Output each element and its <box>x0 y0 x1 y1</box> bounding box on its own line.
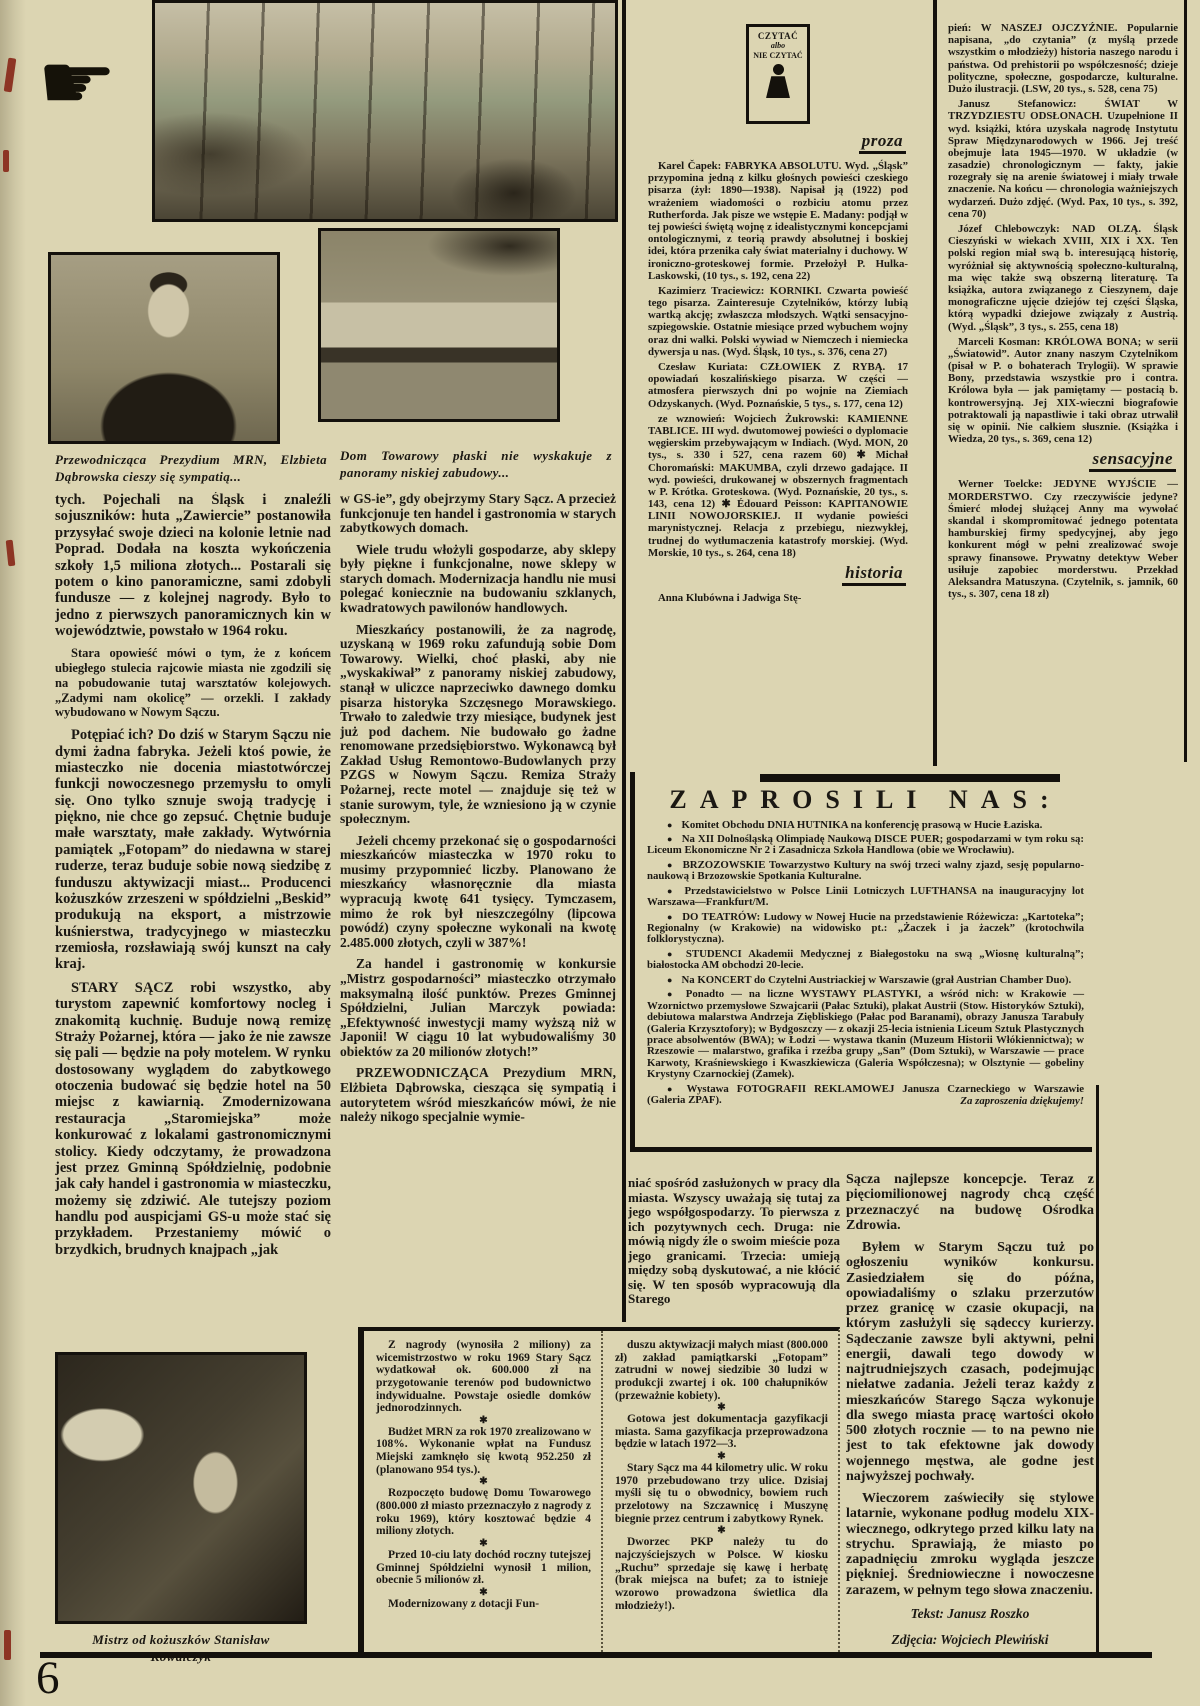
zaprosili-thanks: Za zaproszenia dziękujemy! <box>960 1095 1084 1107</box>
zaprosili-item: ●Na XII Dolnośląską Olimpiadę Naukową DI… <box>647 834 1084 857</box>
bullet-icon: ● <box>647 975 681 985</box>
fact-item: Stary Sącz ma 44 kilometry ulic. W roku … <box>615 1462 828 1525</box>
review-item: Józef Chlebowczyk: NAD OLZĄ. Śląsk Ciesz… <box>948 223 1178 333</box>
photo-craftsman <box>55 1352 307 1624</box>
section-header-sensacyjne: sensacyjne <box>1089 450 1176 472</box>
newspaper-page: ☛ Przewodnicząca Prezydium MRN, Elzbieta… <box>0 0 1200 1706</box>
reader-figure-icon <box>773 64 784 75</box>
credit-text-author: Tekst: Janusz Roszko <box>846 1605 1094 1624</box>
zaprosili-item: ●Na KONCERT do Czytelni Austriackiej w W… <box>647 975 1084 986</box>
fact-item: Modernizowany z dotacji Fun- <box>376 1598 591 1611</box>
logo-text: NIE CZYTAĆ <box>749 51 807 61</box>
zaprosili-item: ●Wystawa FOTOGRAFII REKLAMOWEJ Janusza C… <box>647 1084 1084 1107</box>
review-item: Czesław Kuriata: CZŁOWIEK Z RYBĄ. 17 opo… <box>648 361 908 410</box>
star-separator-icon: ✱ <box>615 1451 828 1462</box>
star-separator-icon: ✱ <box>615 1402 828 1413</box>
article-paragraph: STARY SĄCZ robi wszystko, aby turystom z… <box>55 980 331 1258</box>
review-item: pień: W NASZEJ OJCZYŹNIE. Popularnie nap… <box>948 22 1178 95</box>
read-or-not-logo: CZYTAĆ albo NIE CZYTAĆ <box>746 24 810 124</box>
bullet-icon: ● <box>647 1084 687 1094</box>
zaprosili-item-text: Na KONCERT do Czytelni Austriackiej w Wa… <box>681 974 1071 986</box>
section-header-row: historia <box>648 564 906 586</box>
review-item: Anna Klubówna i Jadwiga Stę- <box>648 592 908 604</box>
fact-item: Z nagrody (wynosiła 2 miliony) za wicemi… <box>376 1339 591 1415</box>
zaprosili-item-text: Komitet Obchodu DNIA HUTNIKA na konferen… <box>681 819 1042 831</box>
star-separator-icon: ✱ <box>376 1538 591 1549</box>
review-item: Karel Čapek: FABRYKA ABSOLUTU. Wyd. „Ślą… <box>648 160 908 282</box>
zaprosili-item-text: Ponadto — na liczne WYSTAWY PLASTYKI, a … <box>647 988 1084 1080</box>
facts-box-column-a: Z nagrody (wynosiła 2 miliony) za wicemi… <box>364 1331 601 1655</box>
star-separator-icon: ✱ <box>376 1415 591 1426</box>
zaprosili-item-text: Na XII Dolnośląską Olimpiadę Naukową DIS… <box>647 833 1084 856</box>
caption-chairwoman: Przewodnicząca Prezydium MRN, Elzbieta D… <box>55 452 327 486</box>
article-column-3: niać spośród zasłużonych w pracy dla mia… <box>628 1176 840 1314</box>
star-separator-icon: ✱ <box>376 1476 591 1487</box>
binding-mark <box>4 1630 11 1660</box>
article-paragraph: Mieszkańcy postanowili, że za nagrodę, u… <box>340 623 616 827</box>
review-item: Werner Toelcke: JEDYNE WYJŚCIE — MORDERS… <box>948 478 1178 600</box>
pointing-hand-icon: ☛ <box>37 44 117 122</box>
article-column-1: tych. Pojechali na Śląsk i znaleźli soju… <box>55 492 331 1348</box>
zaprosili-item: ●Ponadto — na liczne WYSTAWY PLASTYKI, a… <box>647 989 1084 1081</box>
review-item: ze wznowień: Wojciech Żukrowski: KAMIENN… <box>648 413 908 559</box>
reader-figure-icon <box>766 76 790 98</box>
bullet-icon: ● <box>647 886 684 896</box>
article-paragraph: Stara opowieść mówi o tym, że z końcem u… <box>55 646 331 720</box>
article-column-2: w GS-ie”, gdy obejrzymy Stary Sącz. A pr… <box>340 492 616 1310</box>
zaprosili-item: ●DO TEATRÓW: Ludowy w Nowej Hucie na prz… <box>647 912 1084 946</box>
fact-item: duszu aktywizacji małych miast (800.000 … <box>615 1339 828 1402</box>
article-paragraph: PRZEWODNICZĄCA Prezydium MRN, Elżbieta D… <box>340 1066 616 1124</box>
zaprosili-item-text: STUDENCI Akademii Medycznej z Białegosto… <box>647 948 1084 971</box>
caption-craftsman: Mistrz od kożuszków Stanisław Kowalczyk <box>70 1632 292 1666</box>
section-header-proza: proza <box>859 132 906 154</box>
review-item: Janusz Stefanowicz: ŚWIAT W TRZYDZIESTU … <box>948 98 1178 220</box>
column-rule <box>622 0 626 1322</box>
zaprosili-item: ●STUDENCI Akademii Medycznej z Białegost… <box>647 949 1084 972</box>
fact-item: Dworzec PKP należy tu do najczyściejszyc… <box>615 1536 828 1612</box>
article-column-4: Sącza najlepsze koncepcje. Teraz z pięci… <box>846 1172 1094 1654</box>
bottom-rule <box>40 1652 1152 1658</box>
fact-item: Rozpoczęto budowę Domu Towarowego (800.0… <box>376 1487 591 1538</box>
review-item: Kazimierz Traciewicz: KORNIKI. Czwarta p… <box>648 285 908 358</box>
photo-landscape-view <box>152 0 618 222</box>
article-paragraph: tych. Pojechali na Śląsk i znaleźli soju… <box>55 492 331 639</box>
column-rule <box>933 0 937 766</box>
article-paragraph: Wiele trudu włożyli gospodarze, aby skle… <box>340 543 616 616</box>
zaprosili-item: ●Komitet Obchodu DNIA HUTNIKA na konfere… <box>647 820 1084 831</box>
page-edge-rule <box>1184 0 1187 762</box>
zaprosili-nas-box: ZAPROSILI NAS: ●Komitet Obchodu DNIA HUT… <box>630 772 1092 1152</box>
article-paragraph: Jeżeli chcemy przekonać się o gospodarno… <box>340 834 616 951</box>
section-header-row: proza <box>648 132 906 154</box>
fact-item: Budżet MRN za rok 1970 zrealizowano w 10… <box>376 1426 591 1477</box>
zaprosili-item-text: BRZOZOWSKIE Towarzystwo Kultury na swój … <box>647 859 1084 882</box>
zaprosili-item-text: Przedstawicielstwo w Polsce Linii Lotnic… <box>647 885 1084 908</box>
reviews-column-middle: CZYTAĆ albo NIE CZYTAĆ proza Karel Čapek… <box>648 22 908 770</box>
section-header-historia: historia <box>842 564 906 586</box>
article-paragraph: Wieczorem zaświeciły się stylowe latarni… <box>846 1491 1094 1598</box>
article-paragraph: Potępiać ich? Do dziś w Starym Sączu nie… <box>55 727 331 973</box>
bullet-icon: ● <box>647 912 682 922</box>
star-separator-icon: ✱ <box>615 1525 828 1536</box>
zaprosili-title: ZAPROSILI NAS: <box>647 784 1084 817</box>
article-paragraph: Za handel i gastronomię w konkursie „Mis… <box>340 957 616 1059</box>
review-item: Marceli Kosman: KRÓLOWA BONA; w serii „Ś… <box>948 336 1178 446</box>
facts-box: Z nagrody (wynosiła 2 miliony) za wicemi… <box>358 1327 840 1655</box>
page-binding-edge <box>0 0 26 1706</box>
binding-mark <box>3 150 9 172</box>
facts-box-column-b: duszu aktywizacji małych miast (800.000 … <box>601 1331 838 1655</box>
zaprosili-item: ●Przedstawicielstwo w Polsce Linii Lotni… <box>647 886 1084 909</box>
decorative-bar <box>760 774 1060 782</box>
caption-store: Dom Towarowy płaski nie wyskakuje z pano… <box>340 448 612 482</box>
logo-text: albo <box>749 42 807 51</box>
bullet-icon: ● <box>647 860 683 870</box>
article-paragraph: w GS-ie”, gdy obejrzymy Stary Sącz. A pr… <box>340 492 616 536</box>
article-paragraph: Byłem w Starym Sączu tuż po ogłoszeniu w… <box>846 1240 1094 1484</box>
zaprosili-item: ●BRZOZOWSKIE Towarzystwo Kultury na swój… <box>647 860 1084 883</box>
section-header-row: sensacyjne <box>948 450 1176 472</box>
fact-item: Przed 10-ciu laty dochód roczny tutejsze… <box>376 1549 591 1587</box>
column-rule <box>1096 1085 1099 1652</box>
star-separator-icon: ✱ <box>376 1587 591 1598</box>
bullet-icon: ● <box>647 820 681 830</box>
bullet-icon: ● <box>647 834 682 844</box>
bullet-icon: ● <box>647 989 686 999</box>
credit-photographer: Zdjęcia: Wojciech Plewiński <box>846 1631 1094 1650</box>
article-paragraph: niać spośród zasłużonych w pracy dla mia… <box>628 1176 840 1307</box>
fact-item: Gotowa jest dokumentacja gazyfikacji mia… <box>615 1413 828 1451</box>
page-number: 6 <box>36 1655 60 1702</box>
reviews-column-right: pień: W NASZEJ OJCZYŹNIE. Popularnie nap… <box>948 22 1178 770</box>
bullet-icon: ● <box>647 949 686 959</box>
zaprosili-item-text: DO TEATRÓW: Ludowy w Nowej Hucie na prze… <box>647 911 1084 946</box>
photo-chairwoman <box>48 252 280 444</box>
article-paragraph: Sącza najlepsze koncepcje. Teraz z pięci… <box>846 1172 1094 1233</box>
photo-department-store <box>318 228 560 422</box>
